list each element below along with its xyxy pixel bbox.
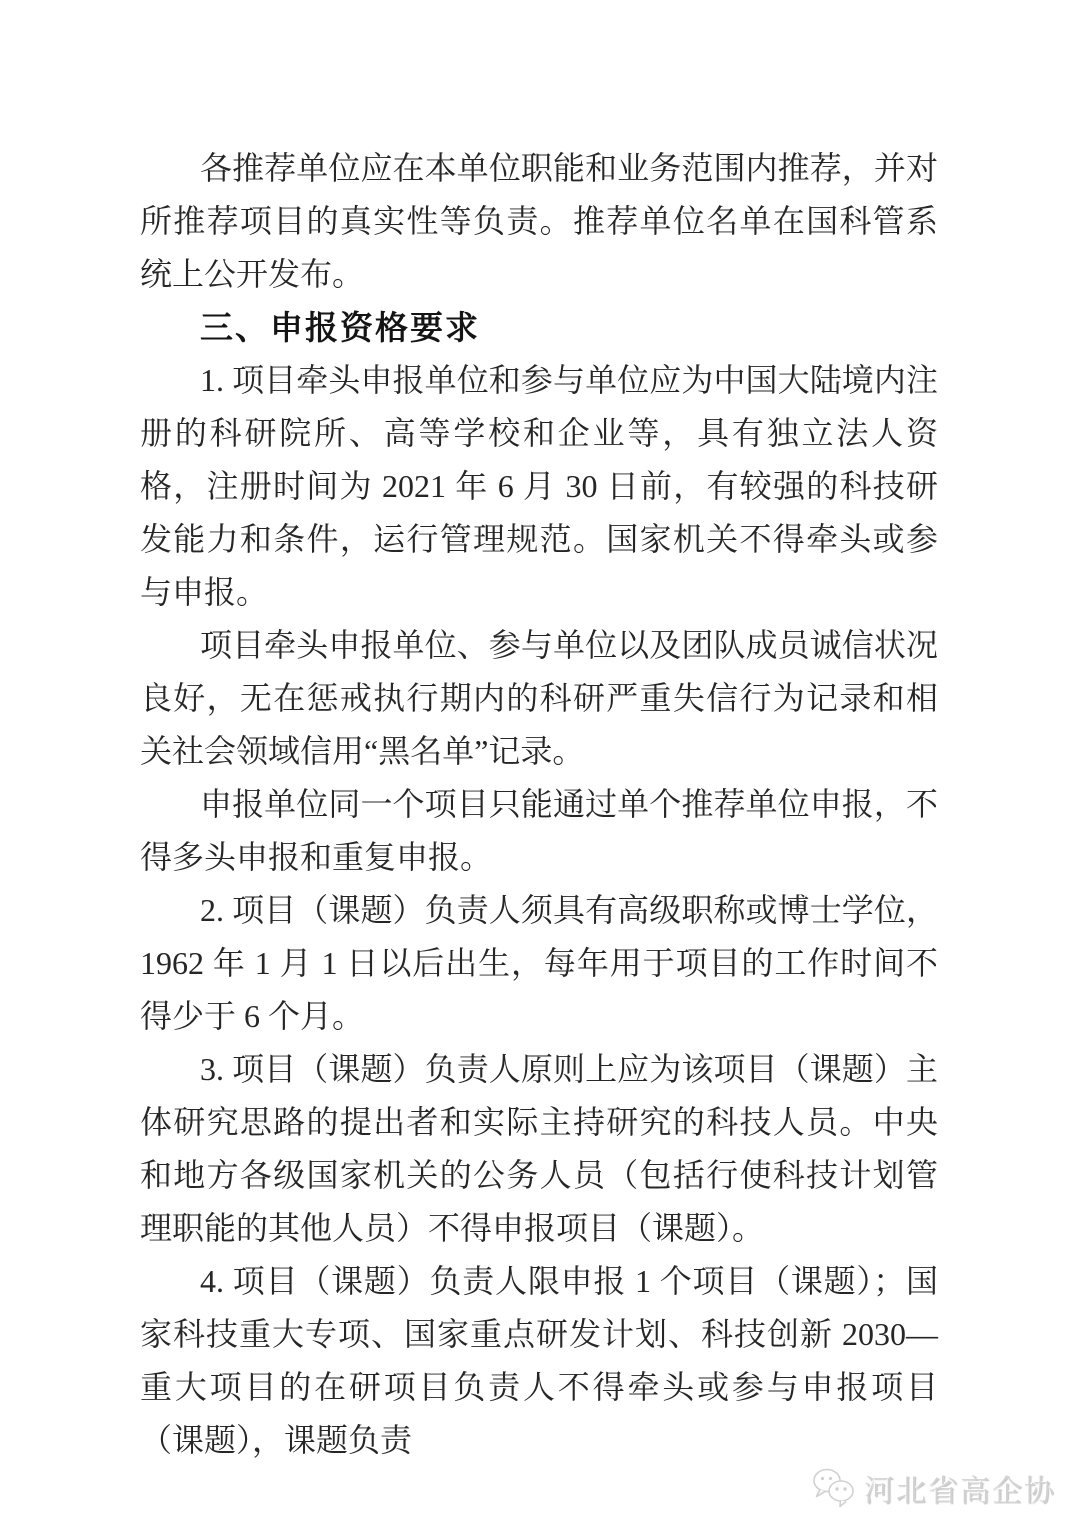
- wechat-icon: [812, 1467, 856, 1509]
- paragraph-item-3-leader-role: 3. 项目（课题）负责人原则上应为该项目（课题）主体研究思路的提出者和实际主持研…: [140, 1043, 938, 1255]
- section-heading-application-requirements: 三、申报资格要求: [140, 301, 938, 354]
- document-page: 各推荐单位应在本单位职能和业务范围内推荐，并对所推荐项目的真实性等负责。推荐单位…: [0, 0, 1080, 1528]
- watermark: 河北省高企协: [812, 1466, 1056, 1510]
- paragraph-item-1-registration: 1. 项目牵头申报单位和参与单位应为中国大陆境内注册的科研院所、高等学校和企业等…: [140, 354, 938, 619]
- document-body: 各推荐单位应在本单位职能和业务范围内推荐，并对所推荐项目的真实性等负责。推荐单位…: [140, 142, 938, 1467]
- paragraph-integrity-record: 项目牵头申报单位、参与单位以及团队成员诚信状况良好，无在惩戒执行期内的科研严重失…: [140, 619, 938, 778]
- paragraph-item-2-leader-qualification: 2. 项目（课题）负责人须具有高级职称或博士学位，1962 年 1 月 1 日以…: [140, 884, 938, 1043]
- paragraph-single-recommendation: 申报单位同一个项目只能通过单个推荐单位申报，不得多头申报和重复申报。: [140, 778, 938, 884]
- paragraph-recommendation-units: 各推荐单位应在本单位职能和业务范围内推荐，并对所推荐项目的真实性等负责。推荐单位…: [140, 142, 938, 301]
- paragraph-item-4-application-limit: 4. 项目（课题）负责人限申报 1 个项目（课题）；国家科技重大专项、国家重点研…: [140, 1255, 938, 1467]
- watermark-text: 河北省高企协: [864, 1466, 1056, 1510]
